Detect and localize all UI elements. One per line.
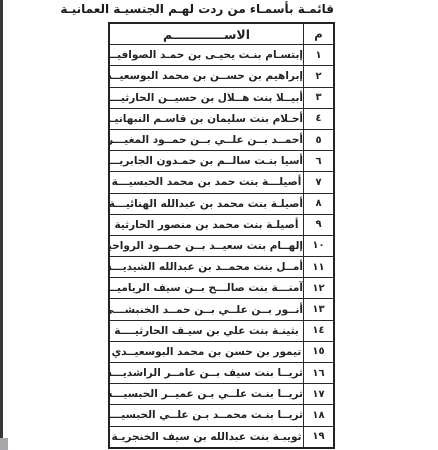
row-name-cell: إلهــام بنت سعيــد بــن حمــود الرواحية <box>109 235 304 256</box>
row-name-cell: بثينـة بنت علي بن سيـف الحارثيــــة <box>109 320 304 341</box>
row-number-cell: ١٠ <box>304 235 335 256</box>
table-row: ١إبتسـام بنـت يحيـى بن حمـد الصوافيـــة <box>109 45 334 66</box>
row-name-cell: أسيا بنـت سالــم بن حمـدون الجابريـــة <box>109 151 304 172</box>
table-body: ١إبتسـام بنـت يحيـى بن حمـد الصوافيـــة٢… <box>109 45 334 448</box>
row-number-cell: ١١ <box>304 257 335 278</box>
column-header-number: م <box>304 23 335 45</box>
table-row: ١١أمــل بنت محمــد بن عبدالله الشيديـــة <box>109 257 334 278</box>
page-title: قائمـة بأسمـاء من ردت لهـم الجنسيـة العم… <box>70 2 334 16</box>
row-number-cell: ١٧ <box>304 384 335 405</box>
column-header-name: الاســــــــــــم <box>109 23 304 45</box>
row-number-cell: ١٦ <box>304 363 335 384</box>
row-name-cell: أصيلـة بنت محمد بن عبدالله الهنائيـــة <box>109 193 304 214</box>
row-number-cell: ٤ <box>304 108 335 129</box>
row-number-cell: ٣ <box>304 87 335 108</box>
table-row: ١٤بثينـة بنت علي بن سيـف الحارثيــــة <box>109 320 334 341</box>
table-row: ١٣أنــور بــن علــي بــن حمــد الخنبشـــ… <box>109 299 334 320</box>
table-row: ٨أصيلـة بنت محمد بن عبدالله الهنائيـــة <box>109 193 334 214</box>
table-row: ١٧ثريــا بنـت علــي بـن عميــر الحبسيـــ… <box>109 384 334 405</box>
row-name-cell: آمنـــة بنت صالـــح بــن سيف الرياميـــة <box>109 278 304 299</box>
row-number-cell: ١٨ <box>304 405 335 426</box>
table-row: ١٨ثريــا بنـت محمــد بـن علــي الحبسيـــ… <box>109 405 334 426</box>
table-header-row: م الاســــــــــــم <box>109 23 334 45</box>
row-number-cell: ٥ <box>304 129 335 150</box>
table-row: ٩أصيلـة بنت محمد بن منصور الحارثية <box>109 214 334 235</box>
row-name-cell: أبيــلا بنت هــلال بن حسيــن الحارثيـــة <box>109 87 304 108</box>
row-name-cell: أحمــد بــن علــي بــن حمــود المغيـــري <box>109 129 304 150</box>
names-table: م الاســــــــــــم ١إبتسـام بنـت يحيـى … <box>108 22 335 449</box>
table-row: ٥أحمــد بــن علــي بــن حمــود المغيـــر… <box>109 129 334 150</box>
table-row: ١٠إلهــام بنت سعيــد بــن حمــود الرواحي… <box>109 235 334 256</box>
row-number-cell: ٧ <box>304 172 335 193</box>
row-name-cell: أنــور بــن علــي بــن حمــد الخنبشـــي <box>109 299 304 320</box>
row-number-cell: ٢ <box>304 66 335 87</box>
row-number-cell: ٨ <box>304 193 335 214</box>
table-row: ١٢آمنـــة بنت صالـــح بــن سيف الرياميــ… <box>109 278 334 299</box>
row-name-cell: إبراهيم بن حســن بن محمد البوسعيــدي <box>109 66 304 87</box>
scan-edge-artifact <box>0 0 3 438</box>
row-number-cell: ١٥ <box>304 341 335 362</box>
table-row: ١٩ثويبـة بنت عبدالله بن سيف الخنجريـة <box>109 426 334 448</box>
row-name-cell: ثريــا بنـت محمــد بـن علــي الحبسيـــة <box>109 405 304 426</box>
table-row: ١٦ثريــا بنت سيف بــن عامــر الراشديـــة <box>109 363 334 384</box>
table-row: ١٥تيمور بن حسن بن محمد البوسعيــدي <box>109 341 334 362</box>
row-name-cell: أحـلام بنت سليمان بن قاسـم النبهانيـة <box>109 108 304 129</box>
table-row: ٢إبراهيم بن حســن بن محمد البوسعيــدي <box>109 66 334 87</box>
row-number-cell: ١٤ <box>304 320 335 341</box>
row-number-cell: ١ <box>304 45 335 66</box>
row-number-cell: ١٩ <box>304 426 335 448</box>
row-name-cell: إبتسـام بنـت يحيـى بن حمـد الصوافيـــة <box>109 45 304 66</box>
row-name-cell: أمــل بنت محمــد بن عبدالله الشيديـــة <box>109 257 304 278</box>
row-number-cell: ١٣ <box>304 299 335 320</box>
table-row: ٦أسيا بنـت سالــم بن حمـدون الجابريـــة <box>109 151 334 172</box>
row-number-cell: ١٢ <box>304 278 335 299</box>
table-row: ٣أبيــلا بنت هــلال بن حسيــن الحارثيـــ… <box>109 87 334 108</box>
scan-edge-artifact-bottom <box>0 438 8 450</box>
row-name-cell: ثريــا بنـت علــي بـن عميــر الحبسيـــة <box>109 384 304 405</box>
table-row: ٤أحـلام بنت سليمان بن قاسـم النبهانيـة <box>109 108 334 129</box>
row-number-cell: ٦ <box>304 151 335 172</box>
row-name-cell: ثويبـة بنت عبدالله بن سيف الخنجريـة <box>109 426 304 448</box>
row-number-cell: ٩ <box>304 214 335 235</box>
row-name-cell: تيمور بن حسن بن محمد البوسعيــدي <box>109 341 304 362</box>
row-name-cell: أصيلـــة بنت حمد بن محمد الحبسيـــة <box>109 172 304 193</box>
table-row: ٧أصيلـــة بنت حمد بن محمد الحبسيـــة <box>109 172 334 193</box>
row-name-cell: ثريــا بنت سيف بــن عامــر الراشديـــة <box>109 363 304 384</box>
row-name-cell: أصيلـة بنت محمد بن منصور الحارثية <box>109 214 304 235</box>
